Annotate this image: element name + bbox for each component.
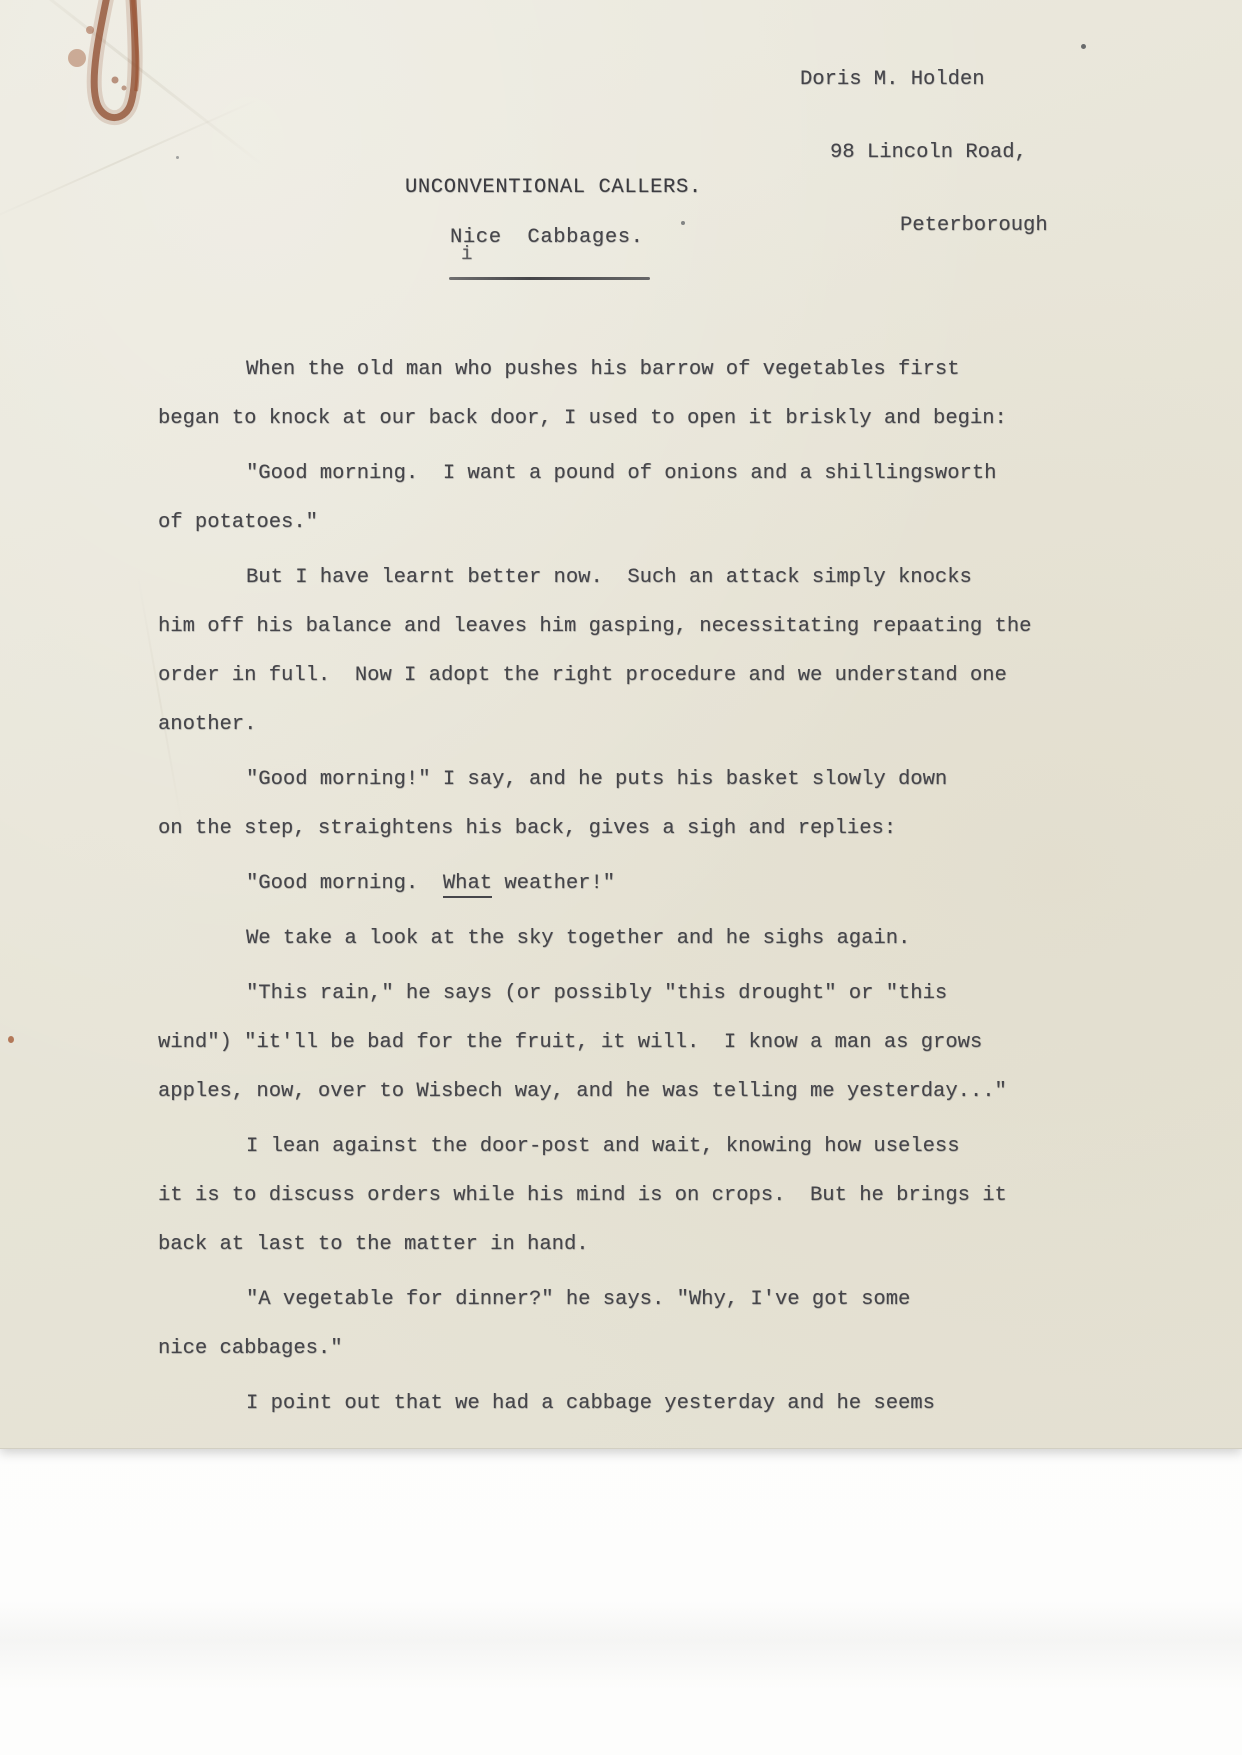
typed-line: "This rain," he says (or possibly "this …: [158, 969, 1098, 1018]
rust-speck: [8, 1036, 14, 1043]
typed-line: another.: [158, 700, 1098, 749]
typed-line: order in full. Now I adopt the right pro…: [158, 651, 1098, 700]
address-line: Peterborough: [800, 212, 1048, 239]
address-line: 98 Lincoln Road,: [800, 139, 1048, 166]
typed-line: began to knock at our back door, I used …: [158, 394, 1098, 443]
typed-line: apples, now, over to Wisbech way, and he…: [158, 1067, 1098, 1116]
typed-line: But I have learnt better now. Such an at…: [158, 553, 1098, 602]
typed-line: "Good morning!" I say, and he puts his b…: [158, 755, 1098, 804]
sender-address: Doris M. Holden 98 Lincoln Road, Peterbo…: [800, 20, 1048, 285]
subtitle-underline: [449, 277, 650, 280]
paragraph: "This rain," he says (or possibly "this …: [158, 969, 1098, 1116]
typed-line: "A vegetable for dinner?" he says. "Why,…: [158, 1275, 1098, 1324]
typed-line: I point out that we had a cabbage yester…: [158, 1379, 1098, 1428]
typed-line: it is to discuss orders while his mind i…: [158, 1171, 1098, 1220]
scanned-document-page: Doris M. Holden 98 Lincoln Road, Peterbo…: [0, 0, 1242, 1755]
typed-line: We take a look at the sky together and h…: [158, 914, 1098, 963]
paperclip-rust-stain: [52, 0, 202, 146]
scanner-background-smudge: [0, 1600, 1242, 1690]
paragraph: "Good morning. What weather!": [158, 859, 1098, 908]
paragraph: I lean against the door-post and wait, k…: [158, 1122, 1098, 1269]
typed-line: "Good morning. I want a pound of onions …: [158, 449, 1098, 498]
underlined-word: What: [443, 872, 492, 898]
ink-speck: [1081, 44, 1086, 49]
typed-line: When the old man who pushes his barrow o…: [158, 345, 1098, 394]
paragraph: "Good morning. I want a pound of onions …: [158, 449, 1098, 547]
typed-line: wind") "it'll be bad for the fruit, it w…: [158, 1018, 1098, 1067]
typed-line: I lean against the door-post and wait, k…: [158, 1122, 1098, 1171]
typed-line: back at last to the matter in hand.: [158, 1220, 1098, 1269]
paper-sheet: Doris M. Holden 98 Lincoln Road, Peterbo…: [0, 0, 1242, 1449]
typed-line: on the step, straightens his back, gives…: [158, 804, 1098, 853]
paragraph: But I have learnt better now. Such an at…: [158, 553, 1098, 749]
ink-speck: [176, 156, 179, 159]
typed-body-text: When the old man who pushes his barrow o…: [158, 345, 1098, 1428]
paragraph: I point out that we had a cabbage yester…: [158, 1379, 1098, 1428]
address-line: Doris M. Holden: [800, 66, 1048, 93]
paragraph: "A vegetable for dinner?" he says. "Why,…: [158, 1275, 1098, 1373]
document-subtitle: Nice Cabbages.: [450, 226, 644, 249]
paragraph: "Good morning!" I say, and he puts his b…: [158, 755, 1098, 853]
document-title: UNCONVENTIONAL CALLERS.: [405, 176, 702, 199]
typed-line: of potatoes.": [158, 498, 1098, 547]
paragraph: We take a look at the sky together and h…: [158, 914, 1098, 963]
paragraph: When the old man who pushes his barrow o…: [158, 345, 1098, 443]
typed-line: nice cabbages.": [158, 1324, 1098, 1373]
typed-line: "Good morning. What weather!": [158, 859, 1098, 908]
typewriter-overstrike-artifact: i: [461, 243, 472, 265]
ink-speck: [681, 221, 685, 225]
typed-line: him off his balance and leaves him gaspi…: [158, 602, 1098, 651]
